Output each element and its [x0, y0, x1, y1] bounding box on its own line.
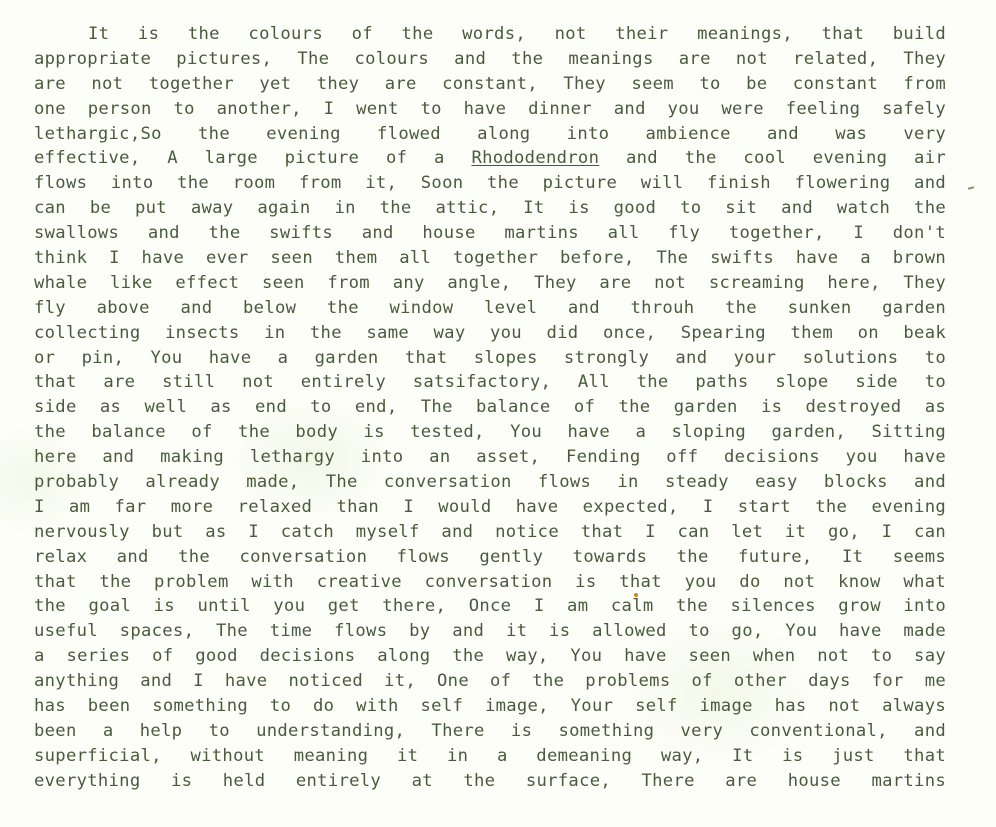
- text-line: useful spaces, The time flows by and it …: [34, 619, 946, 644]
- text-line: lethargic,So the evening flowed along in…: [34, 122, 946, 147]
- text-line: are not together yet they are constant, …: [34, 72, 946, 97]
- text-line: one person to another, I went to have di…: [34, 97, 946, 122]
- text-line: flows into the room from it, Soon the pi…: [34, 171, 946, 196]
- text-line: anything and I have noticed it, One of t…: [34, 669, 946, 694]
- text-line: It is the colours of the words, not thei…: [34, 22, 946, 47]
- text-line: relax and the conversation flows gently …: [34, 545, 946, 570]
- text-line: that the problem with creative conversat…: [34, 570, 946, 595]
- text-line: has been something to do with self image…: [34, 694, 946, 719]
- text-line: nervously but as I catch myself and noti…: [34, 520, 946, 545]
- text-line: probably already made, The conversation …: [34, 470, 946, 495]
- text-line: side as well as end to end, The balance …: [34, 395, 946, 420]
- paper-speck: [968, 186, 974, 189]
- text-line: the goal is until you get there, Once I …: [34, 594, 946, 619]
- text-line: the balance of the body is tested, You h…: [34, 420, 946, 445]
- text-line: appropriate pictures, The colours and th…: [34, 47, 946, 72]
- text-line: collecting insects in the same way you d…: [34, 321, 946, 346]
- text-line: whale like effect seen from any angle, T…: [34, 271, 946, 296]
- text-line: fly above and below the window level and…: [34, 296, 946, 321]
- ink-stain: [634, 593, 638, 597]
- text-segment: effective, A large picture of a: [34, 148, 471, 168]
- text-line: swallows and the swifts and house martin…: [34, 221, 946, 246]
- typewritten-page: It is the colours of the words, not thei…: [34, 22, 946, 794]
- text-line: or pin, You have a garden that slopes st…: [34, 346, 946, 371]
- text-line: can be put away again in the attic, It i…: [34, 196, 946, 221]
- text-line: superficial, without meaning it in a dem…: [34, 744, 946, 769]
- text-line: think I have ever seen them all together…: [34, 246, 946, 271]
- text-line: I am far more relaxed than I would have …: [34, 495, 946, 520]
- text-line: here and making lethargy into an asset, …: [34, 445, 946, 470]
- text-line: that are still not entirely satsifactory…: [34, 370, 946, 395]
- text-line: effective, A large picture of a Rhododen…: [34, 146, 946, 171]
- text-line: a series of good decisions along the way…: [34, 644, 946, 669]
- text-line: everything is held entirely at the surfa…: [34, 769, 946, 794]
- underlined-word: Rhododendron: [471, 148, 599, 168]
- text-segment: and the cool evening air: [599, 148, 946, 168]
- text-line: been a help to understanding, There is s…: [34, 719, 946, 744]
